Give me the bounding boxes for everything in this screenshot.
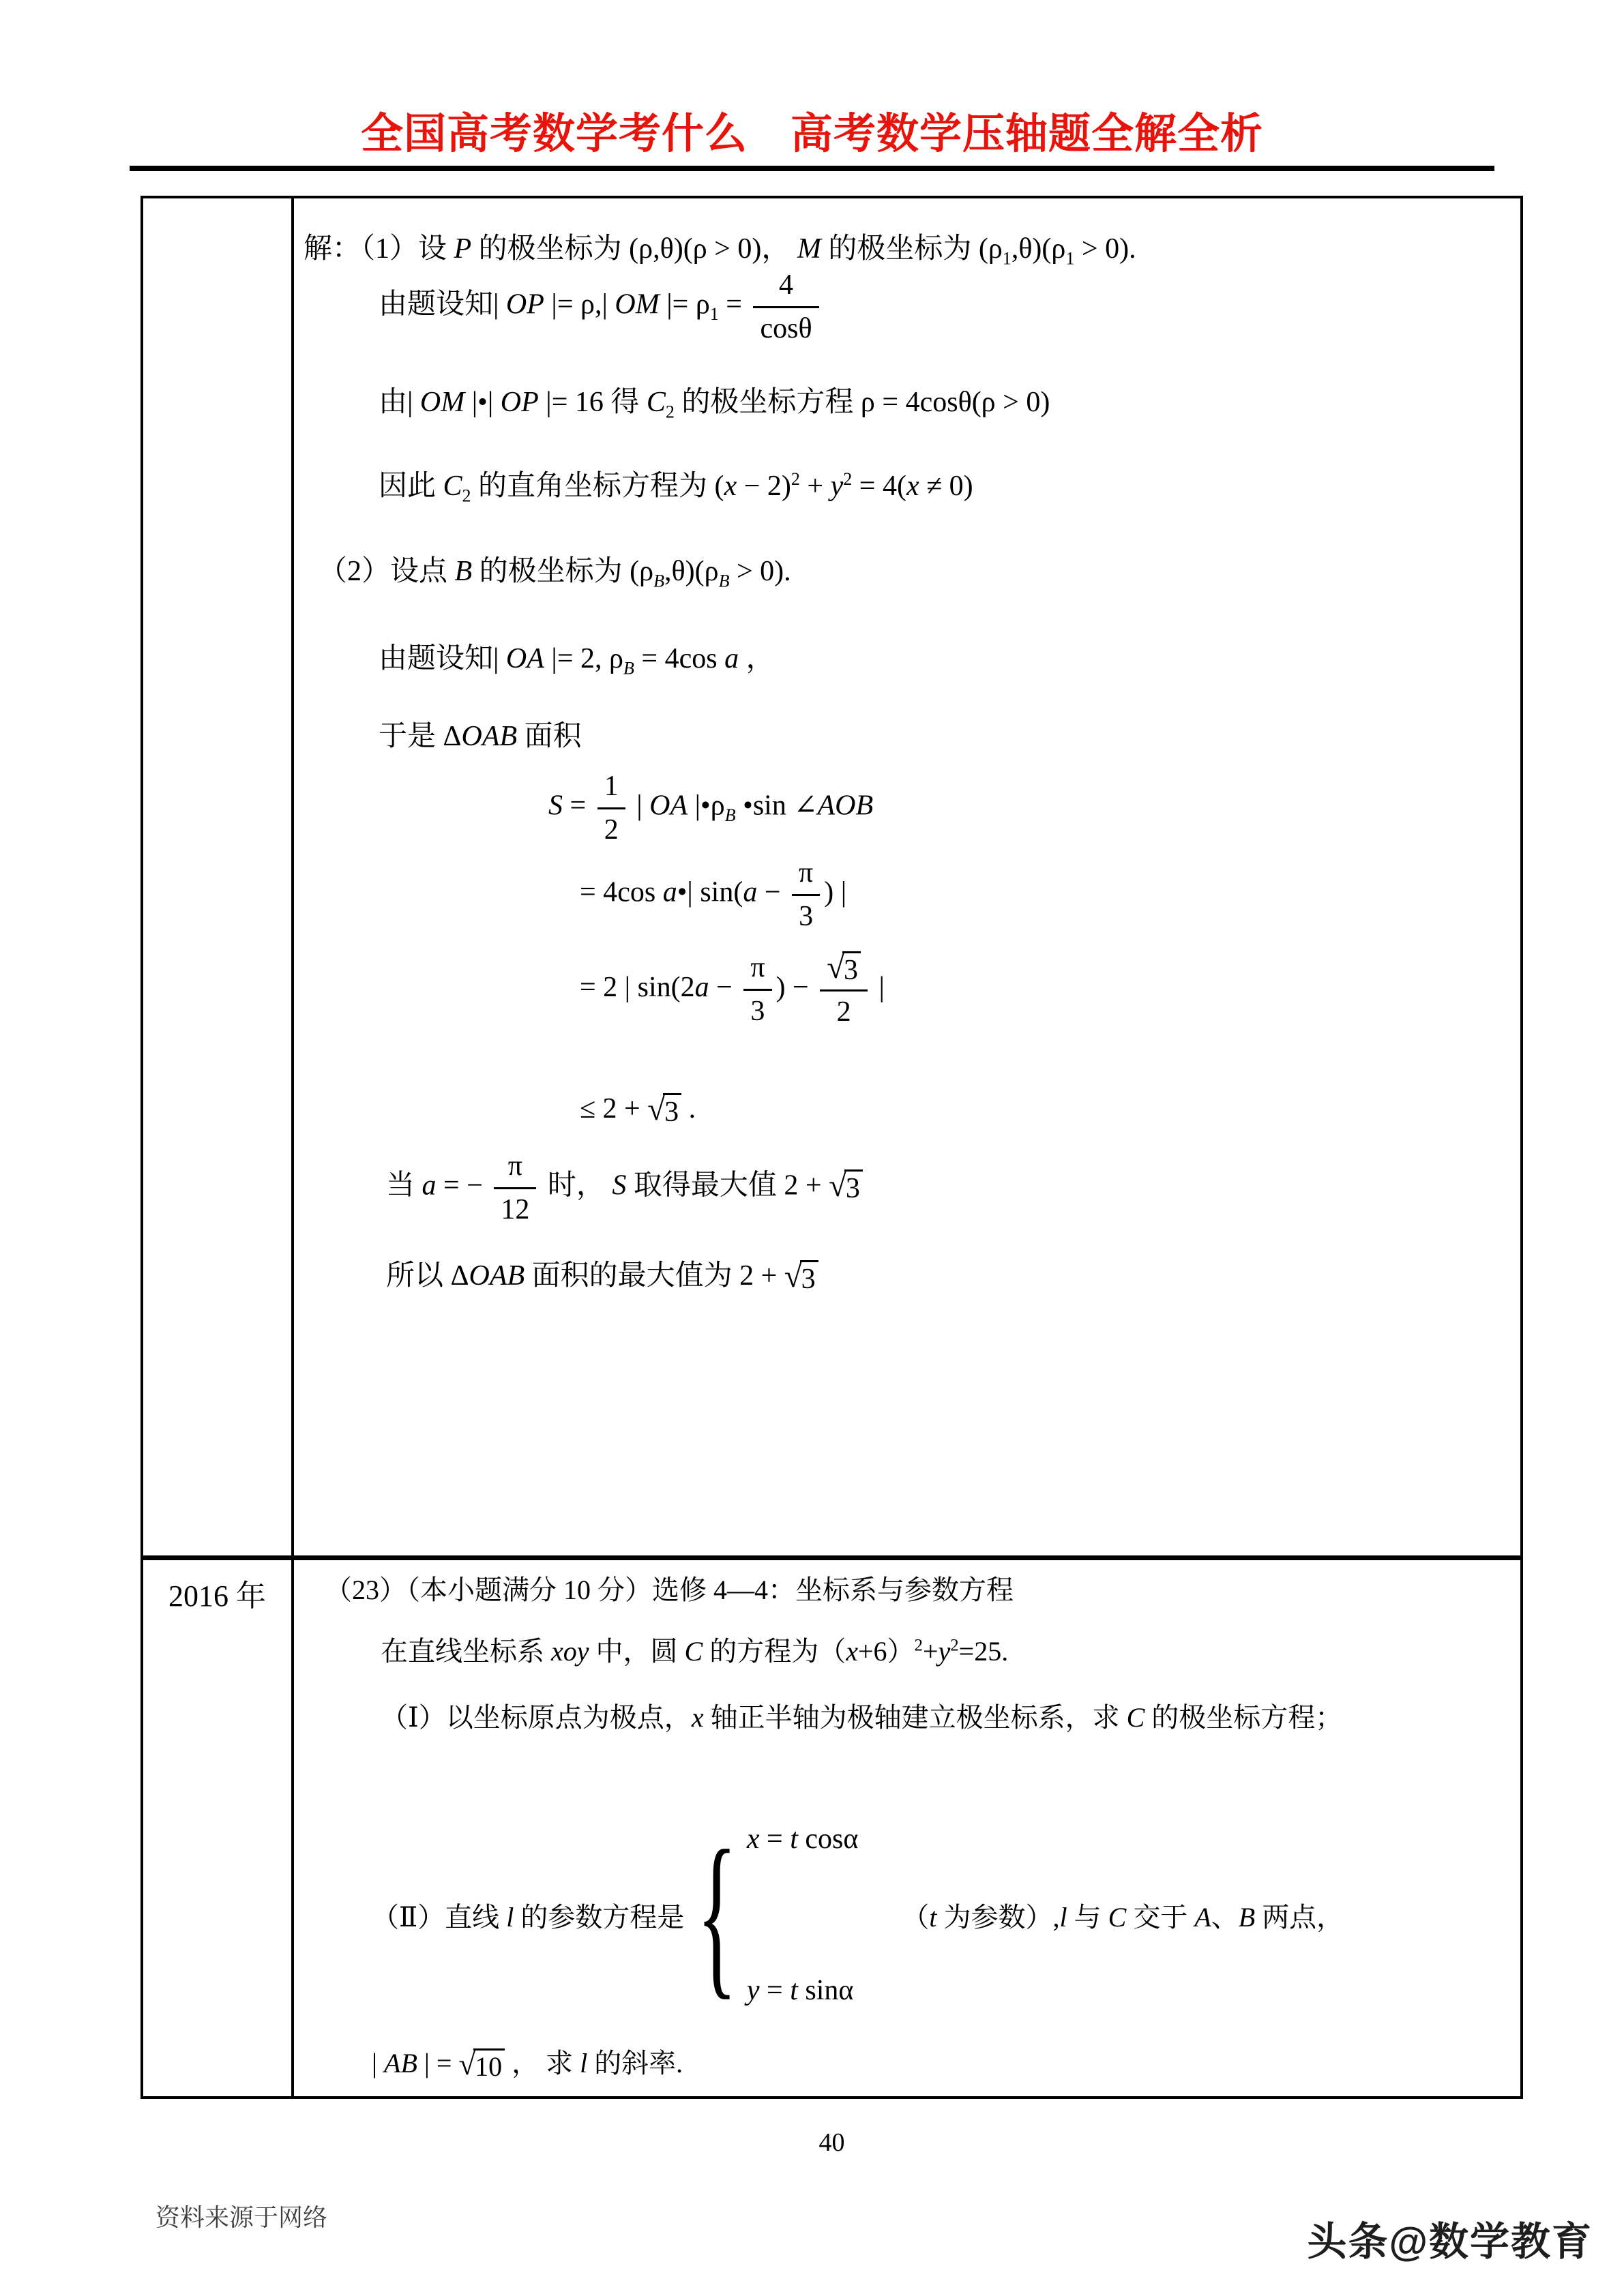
superscript: 2 bbox=[843, 469, 852, 489]
watermark: 头条@数学教育 bbox=[1307, 2209, 1593, 2267]
problem-last-line: | AB | = √10 ， 求 l 的斜率. bbox=[372, 2046, 683, 2083]
fraction: 12 bbox=[597, 768, 625, 848]
problem-cell: （23）（本小题满分 10 分）选修 4—4：坐标系与参数方程在直线坐标系 xo… bbox=[294, 1560, 1520, 2096]
title-divider bbox=[130, 166, 1494, 171]
radical: √3 bbox=[827, 951, 861, 987]
solution-line-8: S = 12 | OA |•ρB •sin ∠AOB bbox=[548, 768, 873, 848]
source-note: 资料来源于网络 bbox=[156, 2198, 327, 2233]
solution-line-12: 当 a = − π12 时， S 取得最大值 2 + √3 bbox=[386, 1148, 863, 1228]
year-label: 2016 年 bbox=[143, 1560, 291, 1615]
subscript: B bbox=[725, 805, 736, 825]
subscript: 2 bbox=[666, 402, 675, 421]
fraction: π3 bbox=[743, 949, 771, 1030]
subscript: 2 bbox=[462, 486, 471, 505]
subscript: 1 bbox=[1003, 248, 1012, 268]
solution-line-2: 由题设知| OP |= ρ,| OM |= ρ1 = 4cosθ bbox=[379, 267, 823, 347]
solution-cell: 解：（1）设 P 的极坐标为 (ρ,θ)(ρ > 0)， M 的极坐标为 (ρ1… bbox=[294, 198, 1520, 1560]
system-equation-1: x = t cosα bbox=[747, 1823, 859, 1855]
document-page: 全国高考数学考什么 高考数学压轴题全解全析 解：（1）设 P 的极坐标为 (ρ,… bbox=[0, 0, 1624, 2296]
radical: √10 bbox=[458, 2048, 505, 2083]
parametric-system: （Ⅱ）直线 l 的参数方程是{x = t cosαy = t sinα（t 为参… bbox=[372, 1823, 1344, 2007]
page-title: 全国高考数学考什么 高考数学压轴题全解全析 bbox=[0, 100, 1624, 160]
system-suffix: （t 为参数）,l 与 C 交于 A、B 两点， bbox=[902, 1896, 1344, 1935]
fraction: 4cosθ bbox=[753, 267, 818, 347]
radical: √3 bbox=[784, 1260, 818, 1296]
year-cell-row1 bbox=[143, 198, 294, 1560]
problem-line-3: （Ⅰ）以坐标原点为极点，x 轴正半轴为极轴建立极坐标系，求 C 的极坐标方程； bbox=[381, 1700, 1342, 1735]
system-equations: x = t cosαy = t sinα bbox=[747, 1823, 859, 2007]
solution-line-7: 于是 ΔOAB 面积 bbox=[379, 718, 582, 756]
fraction: π12 bbox=[494, 1148, 536, 1228]
subscript: 1 bbox=[710, 304, 719, 324]
solution-line-11: ≤ 2 + √3 . bbox=[580, 1090, 696, 1129]
superscript: 2 bbox=[915, 1637, 923, 1655]
solution-line-5: （2）设点 B 的极坐标为 (ρB,θ)(ρB > 0). bbox=[319, 553, 791, 593]
solution-line-10: = 2 | sin(2a − π3) − √32 | bbox=[580, 949, 885, 1031]
radical: √3 bbox=[647, 1093, 681, 1129]
subscript: B bbox=[623, 658, 634, 678]
system-label: （Ⅱ）直线 l 的参数方程是 bbox=[372, 1896, 684, 1935]
fraction: √32 bbox=[820, 949, 868, 1031]
superscript: 2 bbox=[791, 469, 800, 489]
solution-line-9: = 4cos a•| sin(a − π3) | bbox=[580, 854, 846, 935]
system-equation-2: y = t sinα bbox=[747, 1974, 859, 2007]
year-cell-row2: 2016 年 bbox=[143, 1560, 294, 2096]
solution-line-13: 所以 ΔOAB 面积的最大值为 2 + √3 bbox=[386, 1257, 818, 1296]
content-table: 解：（1）设 P 的极坐标为 (ρ,θ)(ρ > 0)， M 的极坐标为 (ρ1… bbox=[141, 196, 1523, 2099]
solution-line-6: 由题设知| OA |= 2, ρB = 4cos a ， bbox=[379, 640, 775, 680]
subscript: B bbox=[653, 571, 664, 591]
fraction: π3 bbox=[792, 854, 820, 935]
subscript: 1 bbox=[1065, 248, 1074, 268]
problem-line-1: （23）（本小题满分 10 分）选修 4—4：坐标系与参数方程 bbox=[325, 1572, 1014, 1608]
solution-line-1: 解：（1）设 P 的极坐标为 (ρ,θ)(ρ > 0)， M 的极坐标为 (ρ1… bbox=[304, 230, 1136, 270]
superscript: 2 bbox=[950, 1637, 958, 1655]
radical: √3 bbox=[829, 1169, 863, 1206]
subscript: B bbox=[719, 571, 730, 591]
solution-line-3: 由| OM |•| OP |= 16 得 C2 的极坐标方程 ρ = 4cosθ… bbox=[379, 384, 1050, 423]
problem-line-2: 在直线坐标系 xoy 中，圆 C 的方程为（x+6）2+y2=25. bbox=[381, 1634, 1008, 1669]
system-brace-icon: { bbox=[696, 1824, 737, 2006]
page-number: 40 bbox=[141, 2128, 1523, 2158]
solution-line-4: 因此 C2 的直角坐标方程为 (x − 2)2 + y2 = 4(x ≠ 0) bbox=[379, 468, 973, 507]
